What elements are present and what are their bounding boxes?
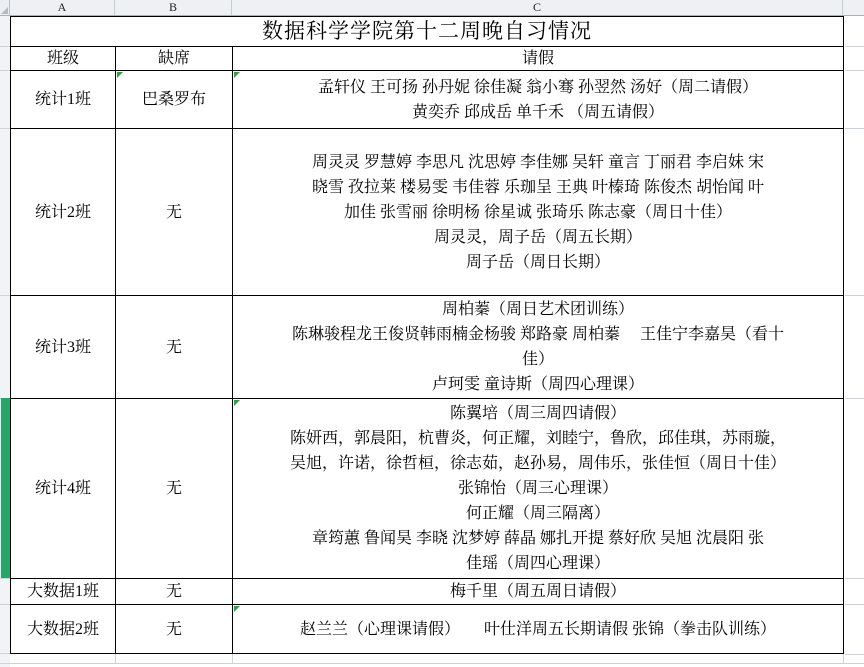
- table-row: 大数据1班 无 梅千里（周五周日请假）: [11, 579, 843, 605]
- column-header-a[interactable]: A: [10, 0, 115, 15]
- class-cell[interactable]: 统计4班: [11, 399, 116, 578]
- table-row: 统计4班 无 陈翼培（周三周四请假） 陈妍西，郭晨阳，杭曹炎，何正耀，刘睦宁，鲁…: [11, 399, 843, 579]
- error-triangle-icon: [234, 400, 240, 406]
- error-triangle-icon: [117, 72, 123, 78]
- error-triangle-icon: [234, 606, 240, 612]
- leave-cell[interactable]: 梅千里（周五周日请假）: [233, 579, 843, 604]
- row-gridline: [0, 46, 10, 47]
- absent-cell[interactable]: 无: [116, 579, 233, 604]
- gridline: [115, 654, 116, 663]
- leave-cell[interactable]: 陈翼培（周三周四请假） 陈妍西，郭晨阳，杭曹炎，何正耀，刘睦宁，鲁欣，邱佳琪，苏…: [233, 399, 843, 578]
- header-class[interactable]: 班级: [11, 47, 116, 70]
- leave-text: 赵兰兰（心理课请假） 叶仕洋周五长期请假 张锦（拳击队训练）: [300, 617, 776, 642]
- gridline: [845, 128, 864, 129]
- class-cell[interactable]: 统计1班: [11, 71, 116, 128]
- gridline: [845, 398, 864, 399]
- row-gridline: [0, 128, 10, 129]
- header-row: 班级 缺席 请假: [11, 47, 843, 71]
- absent-cell[interactable]: 无: [116, 605, 233, 653]
- gridline: [232, 654, 233, 663]
- gridline: [845, 295, 864, 296]
- title-row: 数据科学学院第十二周晚自习情况: [11, 17, 843, 47]
- header-absent[interactable]: 缺席: [116, 47, 233, 70]
- table-row: 统计2班 无 周灵灵 罗慧婷 李思凡 沈思婷 李佳娜 吴轩 童言 丁丽君 李启妹…: [11, 129, 843, 296]
- row-gridline: [0, 578, 10, 579]
- absent-cell[interactable]: 无: [116, 296, 233, 398]
- row-gridline: [0, 70, 10, 71]
- row-gridline: [0, 295, 10, 296]
- sheet-title-cell[interactable]: 数据科学学院第十二周晚自习情况: [11, 17, 843, 46]
- row-gridline: [0, 653, 10, 654]
- gridline: [845, 70, 864, 71]
- gridline: [845, 46, 864, 47]
- gridline: [845, 654, 864, 655]
- gridline: [10, 663, 864, 664]
- attendance-table: 数据科学学院第十二周晚自习情况 班级 缺席 请假 统计1班 巴桑罗布 孟轩仪 王…: [10, 16, 844, 654]
- class-cell[interactable]: 统计3班: [11, 296, 116, 398]
- row-gridline: [0, 663, 10, 664]
- header-leave[interactable]: 请假: [233, 47, 843, 70]
- gridline: [845, 604, 864, 605]
- absent-text: 巴桑罗布: [142, 87, 206, 112]
- column-header-row: A B C: [10, 0, 864, 16]
- row-header-strip[interactable]: [0, 16, 10, 667]
- absent-cell[interactable]: 无: [116, 129, 233, 295]
- selected-row-header-highlight[interactable]: [1, 398, 10, 578]
- leave-cell[interactable]: 周柏蓁（周日艺术团训练） 陈琳骏程龙王俊贤韩雨楠金杨骏 郑路豪 周柏蓁 王佳宁李…: [233, 296, 843, 398]
- row-gridline: [0, 604, 10, 605]
- select-all-triangle-icon: [1, 7, 8, 14]
- absent-cell[interactable]: 无: [116, 399, 233, 578]
- leave-cell[interactable]: 周灵灵 罗慧婷 李思凡 沈思婷 李佳娜 吴轩 童言 丁丽君 李启妹 宋 晓雪 孜…: [233, 129, 843, 295]
- table-row: 统计1班 巴桑罗布 孟轩仪 王可扬 孙丹妮 徐佳凝 翁小骞 孙翌然 汤好（周二请…: [11, 71, 843, 129]
- column-header-b[interactable]: B: [115, 0, 232, 15]
- leave-cell[interactable]: 赵兰兰（心理课请假） 叶仕洋周五长期请假 张锦（拳击队训练）: [233, 605, 843, 653]
- class-cell[interactable]: 统计2班: [11, 129, 116, 295]
- class-cell[interactable]: 大数据1班: [11, 579, 116, 604]
- spreadsheet-view: A B C 数据科学学院第十二周晚自习情况 班级 缺席 请假 统计1班 巴桑罗布…: [0, 0, 864, 667]
- select-all-corner[interactable]: [0, 0, 10, 16]
- gridline: [845, 578, 864, 579]
- table-row: 大数据2班 无 赵兰兰（心理课请假） 叶仕洋周五长期请假 张锦（拳击队训练）: [11, 605, 843, 653]
- leave-cell[interactable]: 孟轩仪 王可扬 孙丹妮 徐佳凝 翁小骞 孙翌然 汤好（周二请假） 黄奕乔 邱成岳…: [233, 71, 843, 128]
- leave-text: 陈翼培（周三周四请假） 陈妍西，郭晨阳，杭曹炎，何正耀，刘睦宁，鲁欣，邱佳琪，苏…: [290, 401, 786, 576]
- column-header-c[interactable]: C: [232, 0, 843, 15]
- class-cell[interactable]: 大数据2班: [11, 605, 116, 653]
- error-triangle-icon: [234, 72, 240, 78]
- absent-cell[interactable]: 巴桑罗布: [116, 71, 233, 128]
- leave-text: 孟轩仪 王可扬 孙丹妮 徐佳凝 翁小骞 孙翌然 汤好（周二请假） 黄奕乔 邱成岳…: [318, 75, 758, 125]
- table-row: 统计3班 无 周柏蓁（周日艺术团训练） 陈琳骏程龙王俊贤韩雨楠金杨骏 郑路豪 周…: [11, 296, 843, 399]
- gridline: [843, 654, 844, 663]
